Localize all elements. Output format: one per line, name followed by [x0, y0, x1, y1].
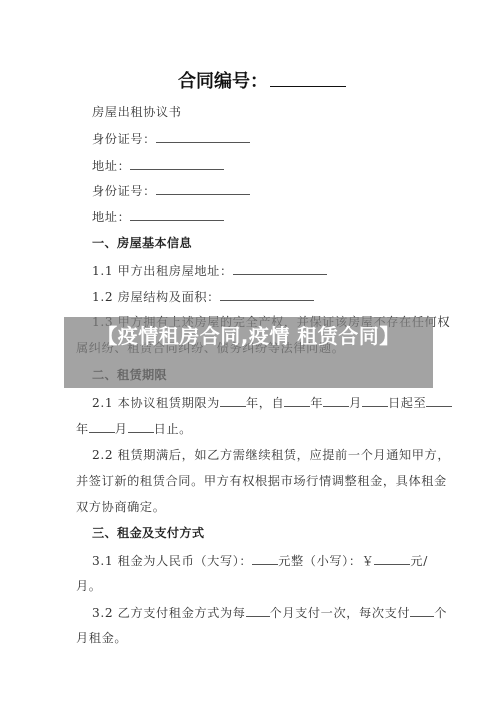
address-label: 地址： [92, 210, 130, 224]
text: 2.1 本协议租赁期限为 [92, 396, 220, 410]
payment-interval-blank [246, 604, 270, 617]
item-2-1-line-2: 年月日止。 [76, 420, 192, 437]
item-2-2-line-2: 并签订新的租赁合同。甲方有权根据市场行情调整租金，具体租金 [76, 473, 447, 489]
party-address-line-1: 地址： [92, 157, 224, 174]
item-1-2: 1.2 房屋结构及面积： [92, 288, 314, 305]
text: 月 [115, 422, 128, 436]
contract-number-title: 合同编号： [178, 70, 346, 93]
item-2-1-line-1: 2.1 本协议租赁期限为年，自年月日起至 [92, 394, 452, 411]
payment-months-blank [410, 604, 434, 617]
party-address-line-2: 地址： [92, 208, 224, 225]
text: 月 [349, 396, 362, 410]
house-structure-blank [220, 288, 314, 301]
id-number-blank [156, 182, 250, 195]
text: 日止。 [154, 422, 192, 436]
address-blank [130, 208, 224, 221]
item-1-1: 1.1 甲方出租房屋地址： [92, 262, 327, 279]
id-number-label: 身份证号： [92, 184, 156, 198]
id-number-blank [156, 130, 250, 143]
text: 元整（小写）：￥ [278, 554, 374, 568]
text: 年，自 [246, 396, 284, 410]
text: 年 [310, 396, 323, 410]
section-1-heading: 一、房屋基本信息 [92, 235, 192, 251]
contract-number-label: 合同编号： [178, 71, 268, 92]
rent-amount-blank [374, 552, 410, 565]
end-year-blank [426, 394, 452, 407]
address-blank [130, 157, 224, 170]
start-day-blank [362, 394, 388, 407]
text: 3.2 乙方支付租金方式为每 [92, 606, 246, 620]
id-number-label: 身份证号： [92, 132, 156, 146]
item-1-1-text: 1.1 甲方出租房屋地址： [92, 264, 233, 278]
overlay-banner-title: 【疫情租房合同,疫情 租赁合同】 [64, 322, 433, 350]
start-month-blank [323, 394, 349, 407]
section-3-heading: 三、租金及支付方式 [92, 525, 204, 541]
text: 日起至 [388, 396, 426, 410]
item-3-1-line-2: 月。 [76, 578, 102, 594]
house-address-blank [233, 262, 327, 275]
address-label: 地址： [92, 159, 130, 173]
term-years-blank [220, 394, 246, 407]
party-id-line-2: 身份证号： [92, 182, 250, 199]
item-2-2-line-3: 双方协商确定。 [76, 499, 166, 515]
item-3-1-line-1: 3.1 租金为人民币（大写）：元整（小写）：￥元/ [92, 552, 428, 569]
end-day-blank [128, 420, 154, 433]
document-page: 合同编号： 房屋出租协议书 身份证号： 地址： 身份证号： 地址： 一、房屋基本… [0, 0, 500, 706]
item-2-2-line-1: 2.2 租赁期满后，如乙方需继续租赁，应提前一个月通知甲方， [92, 447, 450, 463]
start-year-blank [284, 394, 310, 407]
item-3-2-line-1: 3.2 乙方支付租金方式为每个月支付一次，每次支付个 [92, 604, 447, 621]
text: 元/ [410, 554, 428, 568]
rent-uppercase-blank [252, 552, 278, 565]
item-1-2-text: 1.2 房屋结构及面积： [92, 290, 220, 304]
item-3-2-line-2: 月租金。 [76, 630, 127, 646]
contract-number-blank [270, 70, 346, 87]
party-id-line-1: 身份证号： [92, 130, 250, 147]
text: 年 [76, 422, 89, 436]
text: 个月支付一次，每次支付 [270, 606, 411, 620]
text: 3.1 租金为人民币（大写）： [92, 554, 252, 568]
text: 个 [434, 606, 447, 620]
agreement-subtitle: 房屋出租协议书 [92, 104, 182, 120]
end-month-blank [89, 420, 115, 433]
